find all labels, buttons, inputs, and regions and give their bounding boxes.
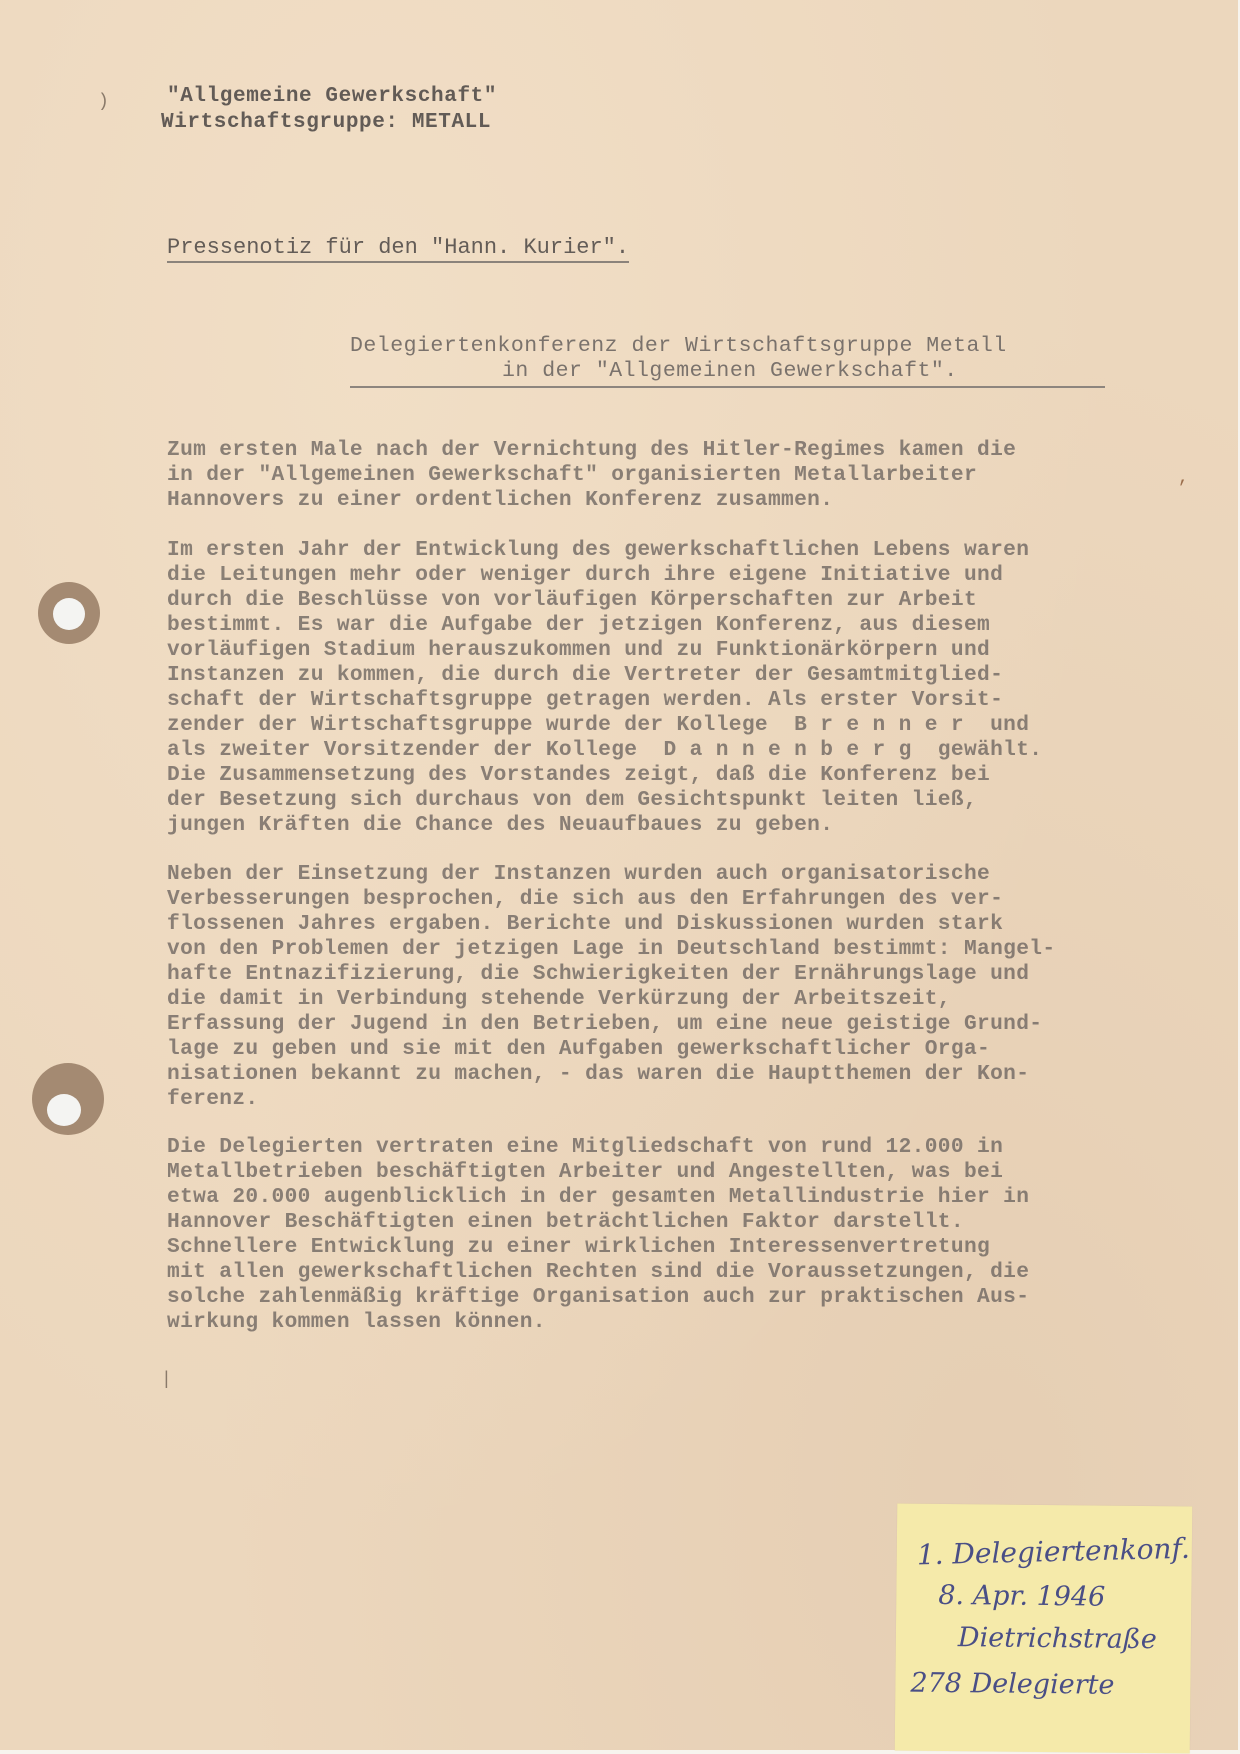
text-line: etwa 20.000 augenblicklich in der gesamt…	[167, 1185, 1187, 1210]
text-line: in der "Allgemeinen Gewerkschaft" organi…	[167, 463, 1187, 488]
text-line: zender der Wirtschaftsgruppe wurde der K…	[167, 713, 1187, 738]
text-line: Die Delegierten vertraten eine Mitglieds…	[167, 1135, 1187, 1160]
punch-hole-top	[53, 598, 85, 630]
sticky-note-line-4: 278 Delegierte	[910, 1668, 1114, 1701]
text-line: von den Problemen der jetzigen Lage in D…	[167, 937, 1187, 962]
text-line: Hannovers zu einer ordentlichen Konferen…	[167, 488, 1187, 513]
paragraph-1: Zum ersten Male nach der Vernichtung des…	[167, 438, 1187, 513]
text-line: mit allen gewerkschaftlichen Rechten sin…	[167, 1260, 1187, 1285]
text-line: als zweiter Vorsitzender der Kollege D a…	[167, 738, 1187, 763]
paragraph-3: Neben der Einsetzung der Instanzen wurde…	[167, 862, 1187, 1112]
text-line: lage zu geben und sie mit den Aufgaben g…	[167, 1037, 1187, 1062]
letterhead-line-1: "Allgemeine Gewerkschaft"	[167, 86, 497, 108]
text-line: Verbesserungen besprochen, die sich aus …	[167, 887, 1187, 912]
text-line: jungen Kräften die Chance des Neuaufbaue…	[167, 813, 1187, 838]
text-line: Hannover Beschäftigten einen beträchtlic…	[167, 1210, 1187, 1235]
text-line: hafte Entnazifizierung, die Schwierigkei…	[167, 962, 1187, 987]
sticky-note-line-3: Dietrichstraße	[958, 1622, 1157, 1655]
letterhead-line-2: Wirtschaftsgruppe: METALL	[161, 112, 491, 134]
text-line: Erfassung der Jugend in den Betrieben, u…	[167, 1012, 1187, 1037]
paragraph-2: Im ersten Jahr der Entwicklung des gewer…	[167, 538, 1187, 838]
margin-mark: )	[98, 92, 109, 112]
text-line: vorläufigen Stadium herauszukommen und z…	[167, 638, 1187, 663]
text-line: Metallbetrieben beschäftigten Arbeiter u…	[167, 1160, 1187, 1185]
title-line-1: Delegiertenkonferenz der Wirtschaftsgrup…	[350, 334, 1105, 359]
paragraph-4: Die Delegierten vertraten eine Mitglieds…	[167, 1135, 1187, 1335]
text-line: bestimmt. Es war die Aufgabe der jetzige…	[167, 613, 1187, 638]
text-line: solche zahlenmäßig kräftige Organisation…	[167, 1285, 1187, 1310]
text-line: Die Zusammensetzung des Vorstandes zeigt…	[167, 763, 1187, 788]
text-line: Instanzen zu kommen, die durch die Vertr…	[167, 663, 1187, 688]
sticky-note: 1. Delegiertenkonf. 8. Apr. 1946 Dietric…	[895, 1503, 1193, 1752]
text-line: der Besetzung sich durchaus von dem Gesi…	[167, 788, 1187, 813]
press-note-heading: Pressenotiz für den "Hann. Kurier".	[167, 235, 629, 263]
sticky-note-line-2: 8. Apr. 1946	[938, 1580, 1105, 1613]
sticky-note-line-1: 1. Delegiertenkonf.	[916, 1532, 1190, 1572]
text-line: nisationen bekannt zu machen, - das ware…	[167, 1062, 1187, 1087]
text-line: wirkung kommen lassen können.	[167, 1310, 1187, 1335]
text-line: durch die Beschlüsse von vorläufigen Kör…	[167, 588, 1187, 613]
scanned-document-page: ) , | "Allgemeine Gewerkschaft" Wirtscha…	[0, 0, 1238, 1750]
text-line: flossenen Jahres ergaben. Berichte und D…	[167, 912, 1187, 937]
text-line: Im ersten Jahr der Entwicklung des gewer…	[167, 538, 1187, 563]
text-line: schaft der Wirtschaftsgruppe getragen we…	[167, 688, 1187, 713]
document-title: Delegiertenkonferenz der Wirtschaftsgrup…	[350, 334, 1105, 388]
text-line: ferenz.	[167, 1087, 1187, 1112]
title-line-2: in der "Allgemeinen Gewerkschaft".	[350, 359, 1105, 384]
margin-mark: |	[161, 1370, 172, 1390]
text-line: die Leitungen mehr oder weniger durch ih…	[167, 563, 1187, 588]
punch-hole-bottom	[47, 1094, 81, 1126]
text-line: Neben der Einsetzung der Instanzen wurde…	[167, 862, 1187, 887]
text-line: Schnellere Entwicklung zu einer wirklich…	[167, 1235, 1187, 1260]
text-line: die damit in Verbindung stehende Verkürz…	[167, 987, 1187, 1012]
text-line: Zum ersten Male nach der Vernichtung des…	[167, 438, 1187, 463]
